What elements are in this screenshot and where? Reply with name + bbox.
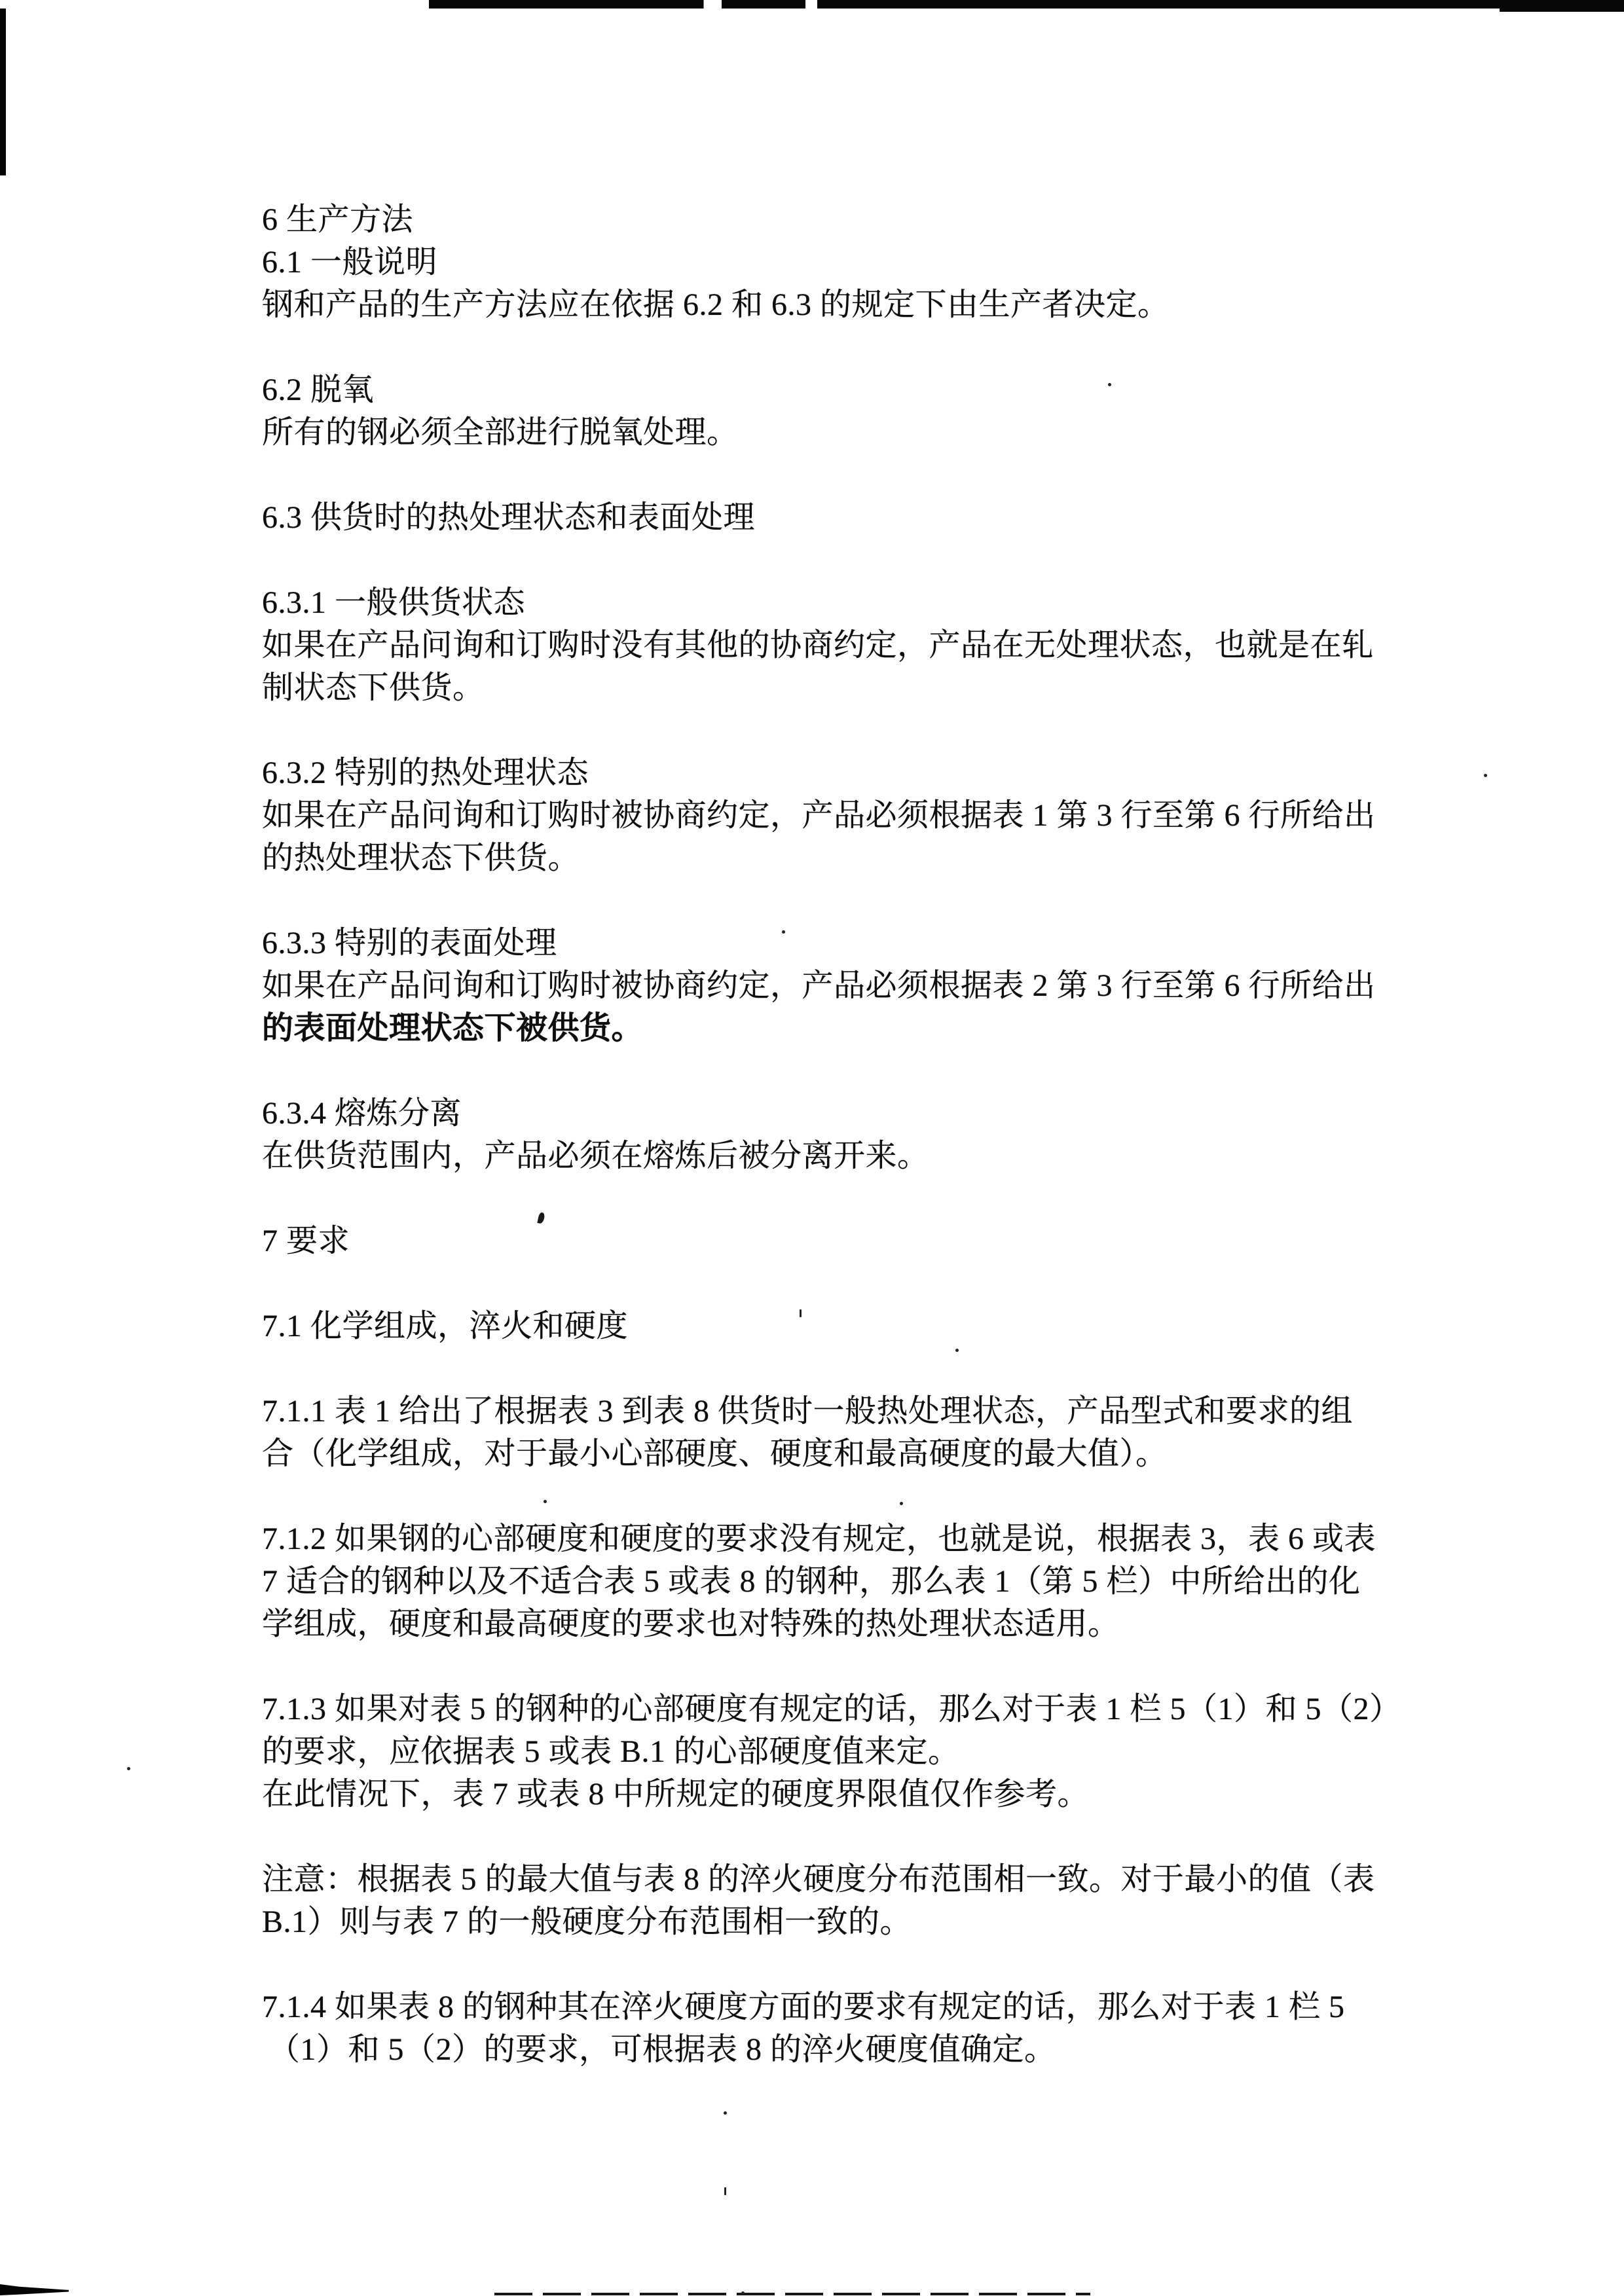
- body-line: 如果在产品问询和订购时被协商约定，产品必须根据表 1 第 3 行至第 6 行所给…: [262, 798, 1376, 833]
- heading-6-3-1: 6.3.1 一般供货状态: [262, 585, 525, 620]
- section-7-1-4: 7.1.4 如果表 8 的钢种其在淬火硬度方面的要求有规定的话，那么对于表 1 …: [262, 1986, 1447, 2071]
- section-7-1-1: 7.1.1 表 1 给出了根据表 3 到表 8 供货时一般热处理状态，产品型式和…: [262, 1390, 1447, 1475]
- scan-streak-top-edge: [429, 0, 1624, 9]
- body-line: （1）和 5（2）的要求，可根据表 8 的淬火硬度值确定。: [262, 2032, 1056, 2067]
- section-6-2: 6.2 脱氧 所有的钢必须全部进行脱氧处理。: [262, 369, 1447, 454]
- heading-7-1: 7.1 化学组成，淬火和硬度: [262, 1309, 628, 1343]
- note-line: 注意：根据表 5 的最大值与表 8 的淬火硬度分布范围相一致。对于最小的值（表: [262, 1862, 1375, 1897]
- section-7-heading: 7 要求: [262, 1220, 1447, 1262]
- body-line: 制状态下供货。: [262, 670, 485, 705]
- body-line: 的表面处理状态下被供货。: [262, 1011, 643, 1046]
- heading-7: 7 要求: [262, 1224, 350, 1258]
- document-page: 6 生产方法 6.1 一般说明 钢和产品的生产方法应在依据 6.2 和 6.3 …: [262, 198, 1447, 2113]
- section-6-3-2: 6.3.2 特别的热处理状态 如果在产品问询和订购时被协商约定，产品必须根据表 …: [262, 752, 1447, 879]
- scan-smudge-bottom-left: [0, 2284, 69, 2295]
- body-line: 的热处理状态下供货。: [262, 841, 580, 875]
- heading-6-1: 6.1 一般说明: [262, 245, 437, 280]
- body-line: 如果在产品问询和订购时被协商约定，产品必须根据表 2 第 3 行至第 6 行所给…: [262, 968, 1376, 1003]
- heading-6-2: 6.2 脱氧: [262, 373, 374, 407]
- scan-speck: [127, 1767, 130, 1770]
- note-line: B.1）则与表 7 的一般硬度分布范围相一致的。: [262, 1904, 912, 1939]
- body-line: 学组成，硬度和最高硬度的要求也对特殊的热处理状态适用。: [262, 1607, 1120, 1641]
- scan-speck: [741, 2291, 745, 2295]
- body-line: 7.1.2 如果钢的心部硬度和硬度的要求没有规定，也就是说，根据表 3，表 6 …: [262, 1522, 1376, 1556]
- heading-6-3-2: 6.3.2 特别的热处理状态: [262, 756, 589, 790]
- body-line: 7.1.3 如果对表 5 的钢种的心部硬度有规定的话，那么对于表 1 栏 5（1…: [262, 1692, 1401, 1726]
- body-line: 如果在产品问询和订购时没有其他的协商约定，产品在无处理状态，也就是在轧: [262, 628, 1374, 663]
- body-line: 所有的钢必须全部进行脱氧处理。: [262, 415, 739, 450]
- body-line: 在此情况下，表 7 或表 8 中所规定的硬度界限值仅作参考。: [262, 1777, 1089, 1812]
- heading-6-3: 6.3 供货时的热处理状态和表面处理: [262, 500, 755, 535]
- body-line: 7.1.1 表 1 给出了根据表 3 到表 8 供货时一般热处理状态，产品型式和…: [262, 1394, 1353, 1429]
- body-line: 钢和产品的生产方法应在依据 6.2 和 6.3 的规定下由生产者决定。: [262, 287, 1170, 322]
- section-6-3-1: 6.3.1 一般供货状态 如果在产品问询和订购时没有其他的协商约定，产品在无处理…: [262, 581, 1447, 709]
- body-line: 的要求，应依据表 5 或表 B.1 的心部硬度值来定。: [262, 1734, 960, 1769]
- scan-bar-left-edge: [0, 9, 6, 175]
- section-6-3: 6.3 供货时的热处理状态和表面处理: [262, 496, 1447, 539]
- section-7-1-heading: 7.1 化学组成，淬火和硬度: [262, 1305, 1447, 1347]
- body-line: 在供货范围内，产品必须在熔炼后被分离开来。: [262, 1139, 929, 1173]
- heading-6: 6 生产方法: [262, 202, 413, 237]
- scan-dash-bottom-edge: [494, 2293, 1090, 2295]
- note-block: 注意：根据表 5 的最大值与表 8 的淬火硬度分布范围相一致。对于最小的值（表 …: [262, 1858, 1447, 1943]
- scan-speck: [724, 2187, 726, 2195]
- heading-6-3-4: 6.3.4 熔炼分离: [262, 1096, 462, 1131]
- section-7-1-2: 7.1.2 如果钢的心部硬度和硬度的要求没有规定，也就是说，根据表 3，表 6 …: [262, 1518, 1447, 1645]
- body-line: 合（化学组成，对于最小心部硬度、硬度和最高硬度的最大值）。: [262, 1436, 1168, 1471]
- section-7-1-3: 7.1.3 如果对表 5 的钢种的心部硬度有规定的话，那么对于表 1 栏 5（1…: [262, 1688, 1447, 1815]
- body-line: 7 适合的钢种以及不适合表 5 或表 8 的钢种，那么表 1（第 5 栏）中所给…: [262, 1564, 1361, 1599]
- section-6-3-3: 6.3.3 特别的表面处理 如果在产品问询和订购时被协商约定，产品必须根据表 2…: [262, 922, 1447, 1049]
- section-6-3-4: 6.3.4 熔炼分离 在供货范围内，产品必须在熔炼后被分离开来。: [262, 1092, 1447, 1177]
- heading-6-3-3: 6.3.3 特别的表面处理: [262, 926, 557, 960]
- body-line: 7.1.4 如果表 8 的钢种其在淬火硬度方面的要求有规定的话，那么对于表 1 …: [262, 1990, 1345, 2024]
- scan-speck: [1484, 774, 1487, 777]
- section-6-heading-block: 6 生产方法 6.1 一般说明 钢和产品的生产方法应在依据 6.2 和 6.3 …: [262, 198, 1447, 326]
